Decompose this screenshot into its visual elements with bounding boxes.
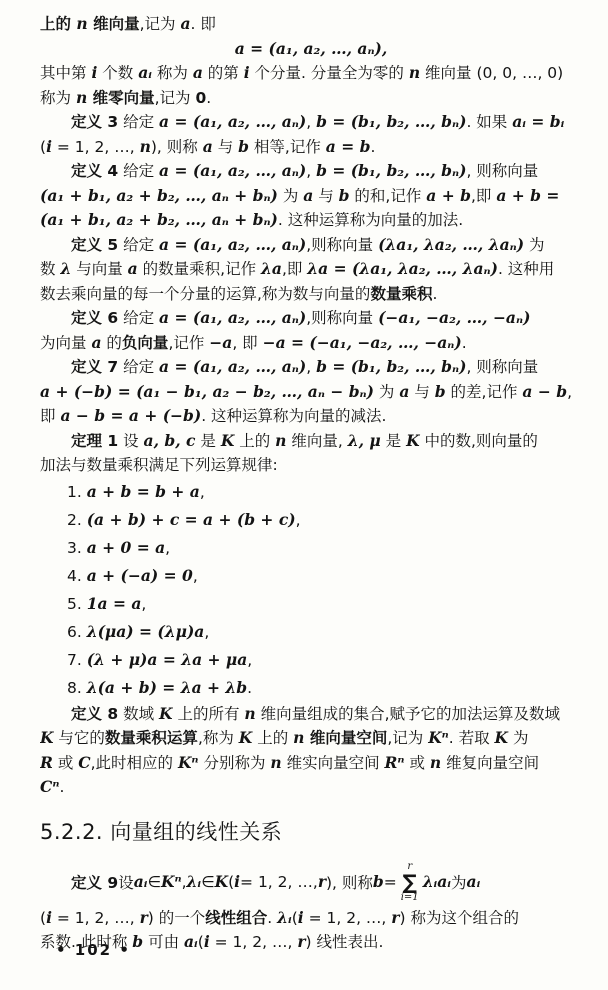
text-run: , — [165, 539, 170, 557]
text-run: . — [247, 679, 252, 697]
text-run: 4. — [67, 567, 87, 585]
bold-text: 定义 5 — [71, 236, 118, 254]
math-text: b — [238, 137, 249, 156]
text-run: 给定 — [118, 113, 159, 131]
math-text: aᵢ — [184, 932, 198, 951]
page-number: • 102 • — [56, 941, 131, 959]
text-run: 的 — [101, 334, 121, 352]
bold-text: 维向量 — [88, 15, 140, 33]
text-run: ), 则称 — [326, 871, 373, 893]
math-text: Kⁿ — [178, 753, 199, 772]
text-run: = — [384, 873, 397, 891]
text-run: ,记为 — [387, 729, 428, 747]
text-line: 6. λ(μa) = (λμ)a, — [40, 618, 582, 646]
math-text: aᵢ — [138, 63, 152, 82]
text-run: . — [370, 138, 375, 156]
math-text: b = (b₁, b₂, …, bₙ) — [316, 357, 466, 376]
text-run: . 这种运算称为向量的加法. — [278, 211, 463, 229]
text-run: 为向量 — [40, 334, 91, 352]
text-run: 与 — [409, 383, 434, 401]
text-line: 定理 1 设 a, b, c 是 K 上的 n 维向量, λ, μ 是 K 中的… — [40, 429, 582, 454]
text-run: 的和,记作 — [350, 187, 427, 205]
math-text: a = b — [326, 137, 371, 156]
text-line: 定义 3 给定 a = (a₁, a₂, …, aₙ), b = (b₁, b₂… — [40, 110, 582, 135]
math-text: R — [40, 753, 53, 772]
text-run: 数域 — [118, 705, 159, 723]
text-run: 给定 — [118, 236, 159, 254]
math-text: a — [399, 382, 409, 401]
text-run: ,即 — [471, 187, 496, 205]
math-text: K — [40, 728, 53, 747]
math-text: b = (b₁, b₂, …, bₙ) — [316, 112, 466, 131]
text-run: 与 — [213, 138, 238, 156]
math-text: a — [91, 333, 101, 352]
math-text: n — [293, 728, 304, 747]
text-run: 8. — [67, 679, 87, 697]
math-text: aᵢ — [467, 872, 481, 891]
bold-text: 定义 6 — [71, 309, 118, 327]
bold-text: 数量乘积运算 — [105, 729, 198, 747]
text-run: , — [193, 567, 198, 585]
text-line: 为向量 a 的负向量,记作 −a, 即 −a = (−a₁, −a₂, …, −… — [40, 331, 582, 356]
text-line: (a₁ + b₁, a₂ + b₂, …, aₙ + bₙ) 为 a 与 b 的… — [40, 184, 582, 209]
bold-text: 线性组合 — [205, 909, 267, 927]
math-text: (a₁ + b₁, a₂ + b₂, …, aₙ + bₙ) — [40, 186, 278, 205]
text-run: , — [306, 113, 316, 131]
text-line: 上的 n 维向量,记为 a. 即 — [40, 12, 582, 37]
math-text: λᵢaᵢ — [423, 872, 451, 891]
text-run: . — [462, 334, 467, 352]
math-text: K — [406, 431, 419, 450]
math-text: Kⁿ — [161, 872, 182, 891]
text-run: = 1, 2, …, — [210, 933, 298, 951]
math-text: n — [430, 753, 441, 772]
math-text: K — [239, 728, 252, 747]
math-text: a + (−b) = (a₁ − b₁, a₂ − b₂, …, aₙ − bₙ… — [40, 382, 374, 401]
bold-text: 定义 4 — [71, 162, 118, 180]
bold-text: 负向量 — [122, 334, 169, 352]
math-text: r — [140, 908, 148, 927]
text-line: 加法与数量乘积满足下列运算规律: — [40, 453, 582, 478]
text-run: 为 — [524, 236, 544, 254]
text-line: (i = 1, 2, …, n), 则称 a 与 b 相等,记作 a = b. — [40, 135, 582, 160]
scanned-textbook-page: 上的 n 维向量,记为 a. 即a = (a₁, a₂, …, aₙ),其中第 … — [0, 0, 608, 990]
text-run: 6. — [67, 623, 87, 641]
text-run: ,则称向量 — [306, 309, 378, 327]
text-line: a + (−b) = (a₁ − b₁, a₂ − b₂, …, aₙ − bₙ… — [40, 380, 582, 405]
math-text: (λa₁, λa₂, …, λaₙ) — [378, 235, 524, 254]
math-text: b — [435, 382, 446, 401]
math-text: a + b = b + a — [87, 482, 200, 501]
text-line: R 或 C,此时相应的 Kⁿ 分别称为 n 维实向量空间 Rⁿ 或 n 维复向量… — [40, 751, 582, 776]
text-run: 设 — [118, 871, 134, 893]
text-run: 上的 — [234, 432, 275, 450]
bold-text: 定理 1 — [71, 432, 118, 450]
bold-text: 定义 7 — [71, 358, 118, 376]
text-run: 其中第 — [40, 64, 91, 82]
math-text: λ(μa) = (λμ)a — [87, 622, 205, 641]
math-text: K — [221, 431, 234, 450]
bold-text: 定义 3 — [71, 113, 118, 131]
text-run: 维实向量空间 — [282, 754, 385, 772]
text-run: 维复向量空间 — [441, 754, 539, 772]
text-line: 5. 1a = a, — [40, 590, 582, 618]
text-line: 称为 n 维零向量,记为 0. — [40, 86, 582, 111]
text-run: , — [296, 511, 301, 529]
text-run: = 1, 2, …, — [304, 909, 392, 927]
math-text: a = (a₁, a₂, …, aₙ) — [159, 357, 306, 376]
text-run: 或 — [53, 754, 78, 772]
math-text: a = (a₁, a₂, …, aₙ) — [159, 235, 306, 254]
text-run: 与 — [313, 187, 338, 205]
math-text: n — [270, 753, 281, 772]
math-text: a — [193, 63, 203, 82]
text-run: . — [267, 909, 277, 927]
text-run: 上的所有 — [173, 705, 245, 723]
math-text: a, b, c — [144, 431, 196, 450]
text-run: ,记为 — [155, 89, 196, 107]
text-line: 定义 5 给定 a = (a₁, a₂, …, aₙ),则称向量 (λa₁, λ… — [40, 233, 582, 258]
sum-lower-limit: i=1 — [401, 892, 419, 903]
text-line: 其中第 i 个数 aᵢ 称为 a 的第 i 个分量. 分量全为零的 n 维向量 … — [40, 61, 582, 86]
math-text: C — [78, 753, 90, 772]
text-run: 维向量 (0, 0, …, 0) — [420, 64, 563, 82]
text-line: 定义 7 给定 a = (a₁, a₂, …, aₙ), b = (b₁, b₂… — [40, 355, 582, 380]
text-run: ,则称向量 — [306, 236, 378, 254]
text-run: 称为 — [40, 89, 76, 107]
text-run: = 1, 2, …, — [52, 138, 140, 156]
text-run: 是 — [195, 432, 220, 450]
section-heading: 5.2.2. 向量组的线性关系 — [40, 817, 582, 847]
text-run: 为 — [278, 187, 303, 205]
text-line: 1. a + b = b + a, — [40, 478, 582, 506]
math-text: (−a₁, −a₂, …, −aₙ) — [378, 308, 530, 327]
text-run: ) 的一个 — [148, 909, 205, 927]
text-run: 与向量 — [71, 260, 127, 278]
text-line: 定义 9 设 aᵢ ∈ Kⁿ, λᵢ ∈ K(i = 1, 2, …, r), … — [40, 858, 582, 906]
math-text: n — [140, 137, 151, 156]
math-text: b — [339, 186, 350, 205]
text-run: ∈ — [147, 873, 161, 891]
text-run: ,记为 — [140, 15, 181, 33]
math-text: Cⁿ — [40, 777, 59, 796]
math-text: −a — [209, 333, 232, 352]
math-text: (a + b) + c = a + (b + c) — [87, 510, 296, 529]
text-run: 即 — [40, 407, 60, 425]
math-text: K — [495, 728, 508, 747]
bold-text: 数量乘积 — [370, 285, 432, 303]
math-text: a — [128, 259, 138, 278]
text-run: 给定 — [118, 162, 159, 180]
page-content: 上的 n 维向量,记为 a. 即a = (a₁, a₂, …, aₙ),其中第 … — [0, 0, 608, 955]
text-run: 个分量. 分量全为零的 — [250, 64, 409, 82]
text-run: 为 — [451, 871, 467, 893]
text-line: 8. λ(a + b) = λa + λb. — [40, 674, 582, 702]
text-run: . 如果 — [466, 113, 512, 131]
math-text: a − b — [522, 382, 567, 401]
text-run: ) 称为这个组合的 — [399, 909, 518, 927]
math-text: K — [159, 704, 172, 723]
text-run: 的第 — [203, 64, 244, 82]
text-line: 数去乘向量的每一个分量的运算,称为数与向量的数量乘积. — [40, 282, 582, 307]
text-run: 2. — [67, 511, 87, 529]
text-run: 1. — [67, 483, 87, 501]
math-text: n — [244, 704, 255, 723]
math-text: aᵢ — [134, 872, 148, 891]
math-text: λ — [60, 259, 71, 278]
text-line: K 与它的数量乘积运算,称为 K 上的 n 维向量空间,记为 Kⁿ. 若取 K … — [40, 726, 582, 751]
math-text: K — [215, 872, 228, 891]
math-text: λa = (λa₁, λa₂, …, λaₙ) — [307, 259, 498, 278]
text-run: 与它的 — [53, 729, 104, 747]
text-run: ) 线性表出. — [306, 933, 384, 951]
math-text: a − b = a + (−b) — [60, 406, 201, 425]
bold-text: 0 — [195, 89, 206, 107]
text-run: . — [432, 285, 437, 303]
math-text: a = (a₁, a₂, …, aₙ), — [235, 39, 388, 58]
text-run: . 即 — [191, 15, 216, 33]
math-text: aᵢ = bᵢ — [512, 112, 564, 131]
text-run: 设 — [118, 432, 143, 450]
text-run: 7. — [67, 651, 87, 669]
text-run: , 即 — [232, 334, 262, 352]
text-run: 维向量, — [286, 432, 347, 450]
text-run: ), 则称 — [151, 138, 203, 156]
text-run: 数去乘向量的每一个分量的运算,称为数与向量的 — [40, 285, 370, 303]
text-run: 称为 — [152, 64, 193, 82]
text-run: 为 — [508, 729, 528, 747]
math-text: 1a = a — [87, 594, 142, 613]
math-text: b — [373, 872, 384, 891]
text-run: , — [200, 483, 205, 501]
text-run: , — [204, 623, 209, 641]
text-run: 的数量乘积,记作 — [138, 260, 261, 278]
bold-text: 上的 — [40, 15, 76, 33]
text-run: 给定 — [118, 358, 159, 376]
text-run: ,记作 — [168, 334, 209, 352]
summation-block: r∑i=1 — [401, 861, 419, 903]
text-line: 数 λ 与向量 a 的数量乘积,记作 λa,即 λa = (λa₁, λa₂, … — [40, 257, 582, 282]
text-run: , — [247, 651, 252, 669]
text-line: 定义 8 数域 K 上的所有 n 维向量组成的集合,赋予它的加法运算及数域 — [40, 702, 582, 727]
text-line: 2. (a + b) + c = a + (b + c), — [40, 506, 582, 534]
text-line: 7. (λ + μ)a = λa + μa, — [40, 646, 582, 674]
math-text: Rⁿ — [385, 753, 405, 772]
text-line: 定义 6 给定 a = (a₁, a₂, …, aₙ),则称向量 (−a₁, −… — [40, 306, 582, 331]
bold-text: 定义 9 — [71, 871, 118, 893]
text-line: a = (a₁, a₂, …, aₙ), — [40, 37, 582, 62]
text-run: ,即 — [282, 260, 307, 278]
text-run: 给定 — [118, 309, 159, 327]
text-run: , 则称向量 — [466, 162, 538, 180]
text-line: 定义 4 给定 a = (a₁, a₂, …, aₙ), b = (b₁, b₂… — [40, 159, 582, 184]
text-run: 可由 — [143, 933, 184, 951]
math-text: b — [132, 932, 143, 951]
text-run: 中的数,则向量的 — [420, 432, 538, 450]
math-text: n — [275, 431, 286, 450]
math-text: λᵢ — [277, 908, 292, 927]
text-line: (a₁ + b₁, a₂ + b₂, …, aₙ + bₙ). 这种运算称为向量… — [40, 208, 582, 233]
text-run: . — [206, 89, 211, 107]
text-run: = 1, 2, …, — [52, 909, 140, 927]
text-run: , — [567, 383, 572, 401]
text-run: 是 — [381, 432, 406, 450]
text-run: 为 — [374, 383, 399, 401]
text-run: 3. — [67, 539, 87, 557]
bold-text: 定义 8 — [71, 705, 118, 723]
text-run: 5.2.2. 向量组的线性关系 — [40, 820, 282, 844]
text-run: , — [141, 595, 146, 613]
math-text: Kⁿ — [428, 728, 449, 747]
math-text: a + (−a) = 0 — [87, 566, 193, 585]
text-run: 或 — [405, 754, 430, 772]
math-text: a + b = — [496, 186, 559, 205]
math-text: (a₁ + b₁, a₂ + b₂, …, aₙ + bₙ) — [40, 210, 278, 229]
text-run: 维向量组成的集合,赋予它的加法运算及数域 — [256, 705, 560, 723]
text-line: (i = 1, 2, …, r) 的一个线性组合. λᵢ(i = 1, 2, …… — [40, 906, 582, 931]
text-run: . — [59, 778, 64, 796]
text-line: 4. a + (−a) = 0, — [40, 562, 582, 590]
math-text: n — [76, 14, 87, 33]
text-run: ,称为 — [198, 729, 239, 747]
text-line: 即 a − b = a + (−b). 这种运算称为向量的减法. — [40, 404, 582, 429]
math-text: a — [180, 14, 190, 33]
math-text: b = (b₁, b₂, …, bₙ) — [316, 161, 466, 180]
math-text: λ(a + b) = λa + λb — [87, 678, 247, 697]
text-run: 5. — [67, 595, 87, 613]
math-text: a — [203, 137, 213, 156]
math-text: a = (a₁, a₂, …, aₙ) — [159, 161, 306, 180]
math-text: n — [76, 88, 87, 107]
text-run: 加法与数量乘积满足下列运算规律: — [40, 456, 278, 474]
text-run: , 则称向量 — [466, 358, 538, 376]
text-run: = 1, 2, …, — [240, 873, 318, 891]
math-text: λᵢ — [187, 872, 202, 891]
sigma-icon: ∑ — [403, 872, 417, 892]
text-run: 数 — [40, 260, 60, 278]
text-line: Cⁿ. — [40, 775, 582, 800]
math-text: λ, μ — [348, 431, 381, 450]
text-run: 相等,记作 — [249, 138, 326, 156]
math-text: a = (a₁, a₂, …, aₙ) — [159, 308, 306, 327]
text-line: 3. a + 0 = a, — [40, 534, 582, 562]
math-text: −a = (−a₁, −a₂, …, −aₙ) — [263, 333, 462, 352]
math-text: (λ + μ)a = λa + μa — [87, 650, 248, 669]
text-run: 分别称为 — [199, 754, 271, 772]
math-text: a — [303, 186, 313, 205]
text-run: . 这种运算称为向量的减法. — [201, 407, 386, 425]
math-text: r — [318, 872, 326, 891]
text-run: , — [306, 162, 316, 180]
math-text: a = (a₁, a₂, …, aₙ) — [159, 112, 306, 131]
text-run: ∈ — [201, 873, 215, 891]
text-run: , — [306, 358, 316, 376]
math-text: λa — [261, 259, 282, 278]
text-run: 的差,记作 — [446, 383, 523, 401]
text-run: 上的 — [252, 729, 293, 747]
math-text: n — [409, 63, 420, 82]
math-text: r — [297, 932, 305, 951]
text-run: . 这种用 — [498, 260, 554, 278]
math-text: a + 0 = a — [87, 538, 165, 557]
text-run: . 若取 — [449, 729, 495, 747]
math-text: a + b — [426, 186, 471, 205]
text-run: 个数 — [97, 64, 138, 82]
text-run: ,此时相应的 — [91, 754, 178, 772]
bold-text: 维向量空间 — [304, 729, 387, 747]
bold-text: 维零向量 — [87, 89, 154, 107]
